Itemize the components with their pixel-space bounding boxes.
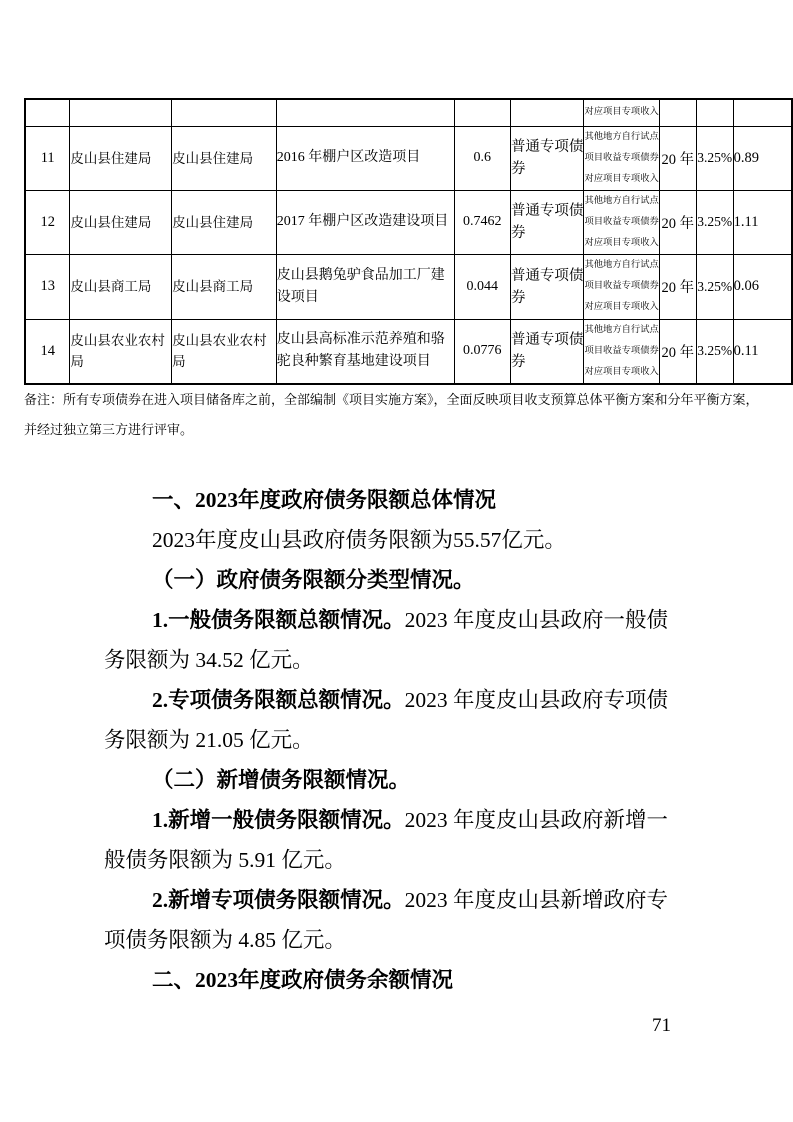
cell-repayment-income-source-text: 对应项目专项收入 [584,297,658,318]
cell-debt-unit-text: 皮山县商工局 [70,276,171,297]
cell-debt-unit-text: 皮山县住建局 [70,212,171,233]
cell-row-number: 13 [25,254,70,319]
cell-row-number: 12 [25,190,70,254]
para-new-special-line-1: 2.新增专项债务限额情况。2023 年度皮山县新增政府专 [104,880,776,920]
cell-bond-amount-text: 0.0776 [455,343,510,359]
cell-repayment-income-source: 其他地方自行试点项目收益专项债券对应项目专项收入 [584,126,659,190]
cell-project-name-text: 2017 年棚户区改造建设项目 [277,211,454,233]
para-total-limit: 2023年度皮山县政府债务限额为55.57亿元。 [104,520,776,560]
heading-section-2: 二、2023年度政府债务余额情况 [104,960,776,1000]
para-special-limit-line-2-regular: 务限额为 21.05 亿元。 [104,728,314,752]
cell-project-name: 皮山县鹅兔驴食品加工厂建设项目 [276,254,454,319]
cell-bond-term [659,99,696,126]
cell-row-number [25,99,70,126]
cell-bond-type-text: 普通专项债 [511,136,584,158]
cell-project-name: 2016 年棚户区改造项目 [276,126,454,190]
para-general-limit-line-1-bold: 1.一般债务限额总额情况。 [152,608,405,632]
cell-bond-term: 20 年 [659,190,696,254]
cell-bond-type-text: 券 [511,287,584,309]
cell-project-name-text: 皮山县鹅兔驴食品加工厂建 [277,265,454,287]
para-new-general-line-1-bold: 1.新增一般债务限额情况。 [152,808,405,832]
para-special-limit-line-1-bold: 2.专项债务限额总额情况。 [152,688,405,712]
cell-debt-unit-text: 皮山县农业农村 [70,330,171,351]
document-body: 一、2023年度政府债务限额总体情况2023年度皮山县政府债务限额为55.57亿… [104,480,776,1000]
cell-repayment-income-source-text: 其他地方自行试点 [584,255,658,276]
cell-annual-income-value-text: 0.06 [734,278,791,295]
table-row-12: 12皮山县住建局皮山县住建局2017 年棚户区改造建设项目0.7462普通专项债… [25,190,792,254]
cell-repayment-income-source-text: 对应项目专项收入 [584,102,658,123]
table-row-11: 11皮山县住建局皮山县住建局2016 年棚户区改造项目0.6普通专项债券其他地方… [25,126,792,190]
heading-section-1: 一、2023年度政府债务限额总体情况 [104,480,776,520]
cell-bond-term-text: 20 年 [660,276,696,297]
cell-repayment-income-source-text: 其他地方自行试点 [584,320,658,341]
cell-bond-amount [454,99,510,126]
cell-project-name-text: 驼良种繁育基地建设项目 [277,351,454,373]
para-general-limit-line-1-regular: 2023 年度皮山县政府一般债 [405,608,668,632]
cell-competent-department: 皮山县农业农村局 [172,319,277,384]
cell-row-number-text: 14 [26,343,69,360]
document-page: 对应项目专项收入11皮山县住建局皮山县住建局2016 年棚户区改造项目0.6普通… [0,0,793,1122]
cell-interest-rate-text: 3.25% [697,279,733,295]
cell-annual-income-value: 0.11 [733,319,792,384]
cell-competent-department: 皮山县商工局 [172,254,277,319]
cell-competent-department: 皮山县住建局 [172,190,277,254]
cell-debt-unit: 皮山县住建局 [70,190,172,254]
para-total-limit-regular: 2023年度皮山县政府债务限额为55.57亿元。 [152,528,566,552]
cell-competent-department-text: 皮山县商工局 [172,276,276,297]
cell-bond-type-text: 券 [511,351,584,373]
cell-competent-department [172,99,277,126]
cell-interest-rate [696,99,733,126]
cell-repayment-income-source-text: 对应项目专项收入 [584,362,658,383]
table-row-carryover: 对应项目专项收入 [25,99,792,126]
cell-row-number-text: 11 [26,150,69,167]
cell-bond-term-text: 20 年 [660,212,696,233]
footnote-line: 备注：所有专项债券在进入项目储备库之前，全部编制《项目实施方案》，全面反映项目收… [24,385,759,415]
cell-bond-amount-text: 0.6 [455,150,510,166]
table-footnote: 备注：所有专项债券在进入项目储备库之前，全部编制《项目实施方案》，全面反映项目收… [24,385,759,445]
cell-repayment-income-source-text: 项目收益专项债券 [584,212,658,233]
cell-bond-term-text: 20 年 [660,148,696,169]
cell-debt-unit: 皮山县住建局 [70,126,172,190]
cell-bond-type: 普通专项债券 [510,254,584,319]
cell-interest-rate: 3.25% [696,254,733,319]
cell-interest-rate-text: 3.25% [697,343,733,359]
cell-bond-type: 普通专项债券 [510,190,584,254]
para-new-special-line-1-bold: 2.新增专项债务限额情况。 [152,888,405,912]
heading-section-1-bold: 一、2023年度政府债务限额总体情况 [152,488,496,512]
cell-row-number-text: 12 [26,214,69,231]
cell-project-name-text: 设项目 [277,287,454,309]
cell-interest-rate-text: 3.25% [697,150,733,166]
table-row-13: 13皮山县商工局皮山县商工局皮山县鹅兔驴食品加工厂建设项目0.044普通专项债券… [25,254,792,319]
cell-repayment-income-source-text: 对应项目专项收入 [584,169,658,190]
cell-annual-income-value-text: 1.11 [734,214,791,231]
cell-competent-department-text: 皮山县农业农村 [172,330,276,351]
cell-interest-rate-text: 3.25% [697,214,733,230]
cell-repayment-income-source-text: 项目收益专项债券 [584,341,658,362]
cell-bond-amount: 0.0776 [454,319,510,384]
para-new-general-line-2-regular: 般债务限额为 5.91 亿元。 [104,848,346,872]
cell-bond-amount: 0.044 [454,254,510,319]
cell-debt-unit [70,99,172,126]
para-general-limit-line-2-regular: 务限额为 34.52 亿元。 [104,648,314,672]
cell-row-number-text: 13 [26,278,69,295]
cell-project-name: 皮山县高标准示范养殖和骆驼良种繁育基地建设项目 [276,319,454,384]
cell-competent-department-text: 皮山县住建局 [172,212,276,233]
cell-competent-department-text: 局 [172,351,276,372]
heading-sub-2: （二）新增债务限额情况。 [104,760,776,800]
para-new-special-line-2-regular: 项债务限额为 4.85 亿元。 [104,928,346,952]
cell-annual-income-value-text: 0.11 [734,343,791,360]
cell-repayment-income-source-text: 其他地方自行试点 [584,191,658,212]
special-bond-projects-table: 对应项目专项收入11皮山县住建局皮山县住建局2016 年棚户区改造项目0.6普通… [24,98,793,385]
cell-annual-income-value: 1.11 [733,190,792,254]
footnote-line: 并经过独立第三方进行评审。 [24,415,759,445]
cell-competent-department-text: 皮山县住建局 [172,148,276,169]
cell-bond-type-text: 普通专项债 [511,329,584,351]
cell-bond-amount-text: 0.7462 [455,214,510,230]
cell-repayment-income-source-text: 项目收益专项债券 [584,148,658,169]
cell-debt-unit-text: 皮山县住建局 [70,148,171,169]
cell-competent-department: 皮山县住建局 [172,126,277,190]
cell-repayment-income-source: 其他地方自行试点项目收益专项债券对应项目专项收入 [584,190,659,254]
heading-sub-1-bold: （一）政府债务限额分类型情况。 [152,568,475,592]
cell-row-number: 14 [25,319,70,384]
cell-repayment-income-source: 其他地方自行试点项目收益专项债券对应项目专项收入 [584,319,659,384]
cell-bond-type-text: 券 [511,222,584,244]
cell-bond-term-text: 20 年 [660,341,696,362]
cell-annual-income-value: 0.06 [733,254,792,319]
heading-section-2-bold: 二、2023年度政府债务余额情况 [152,968,453,992]
cell-bond-type-text: 券 [511,158,584,180]
cell-bond-amount-text: 0.044 [455,279,510,295]
cell-annual-income-value: 0.89 [733,126,792,190]
cell-project-name: 2017 年棚户区改造建设项目 [276,190,454,254]
cell-bond-type: 普通专项债券 [510,319,584,384]
cell-interest-rate: 3.25% [696,126,733,190]
para-new-special-line-1-regular: 2023 年度皮山县新增政府专 [405,888,668,912]
para-new-special-line-2: 项债务限额为 4.85 亿元。 [104,920,776,960]
heading-sub-2-bold: （二）新增债务限额情况。 [152,768,410,792]
cell-project-name-text: 2016 年棚户区改造项目 [277,147,454,169]
cell-bond-amount: 0.7462 [454,190,510,254]
cell-row-number: 11 [25,126,70,190]
cell-debt-unit: 皮山县农业农村局 [70,319,172,384]
cell-debt-unit: 皮山县商工局 [70,254,172,319]
cell-bond-type-text: 普通专项债 [511,265,584,287]
cell-bond-type: 普通专项债券 [510,126,584,190]
cell-bond-term: 20 年 [659,319,696,384]
cell-bond-term: 20 年 [659,254,696,319]
cell-annual-income-value-text: 0.89 [734,150,791,167]
para-special-limit-line-1: 2.专项债务限额总额情况。2023 年度皮山县政府专项债 [104,680,776,720]
cell-debt-unit-text: 局 [70,351,171,372]
heading-sub-1: （一）政府债务限额分类型情况。 [104,560,776,600]
para-general-limit-line-1: 1.一般债务限额总额情况。2023 年度皮山县政府一般债 [104,600,776,640]
cell-bond-type-text: 普通专项债 [511,200,584,222]
cell-repayment-income-source: 对应项目专项收入 [584,99,659,126]
cell-project-name-text: 皮山县高标准示范养殖和骆 [277,329,454,351]
cell-repayment-income-source-text: 项目收益专项债券 [584,276,658,297]
cell-bond-amount: 0.6 [454,126,510,190]
cell-repayment-income-source-text: 对应项目专项收入 [584,233,658,254]
para-new-general-line-1-regular: 2023 年度皮山县政府新增一 [405,808,668,832]
cell-interest-rate: 3.25% [696,190,733,254]
cell-bond-term: 20 年 [659,126,696,190]
para-new-general-line-2: 般债务限额为 5.91 亿元。 [104,840,776,880]
cell-project-name [276,99,454,126]
cell-repayment-income-source: 其他地方自行试点项目收益专项债券对应项目专项收入 [584,254,659,319]
para-special-limit-line-2: 务限额为 21.05 亿元。 [104,720,776,760]
cell-annual-income-value [733,99,792,126]
para-special-limit-line-1-regular: 2023 年度皮山县政府专项债 [405,688,668,712]
page-number: 71 [652,1015,671,1037]
para-new-general-line-1: 1.新增一般债务限额情况。2023 年度皮山县政府新增一 [104,800,776,840]
cell-interest-rate: 3.25% [696,319,733,384]
cell-repayment-income-source-text: 其他地方自行试点 [584,127,658,148]
para-general-limit-line-2: 务限额为 34.52 亿元。 [104,640,776,680]
cell-bond-type [510,99,584,126]
table-row-14: 14皮山县农业农村局皮山县农业农村局皮山县高标准示范养殖和骆驼良种繁育基地建设项… [25,319,792,384]
